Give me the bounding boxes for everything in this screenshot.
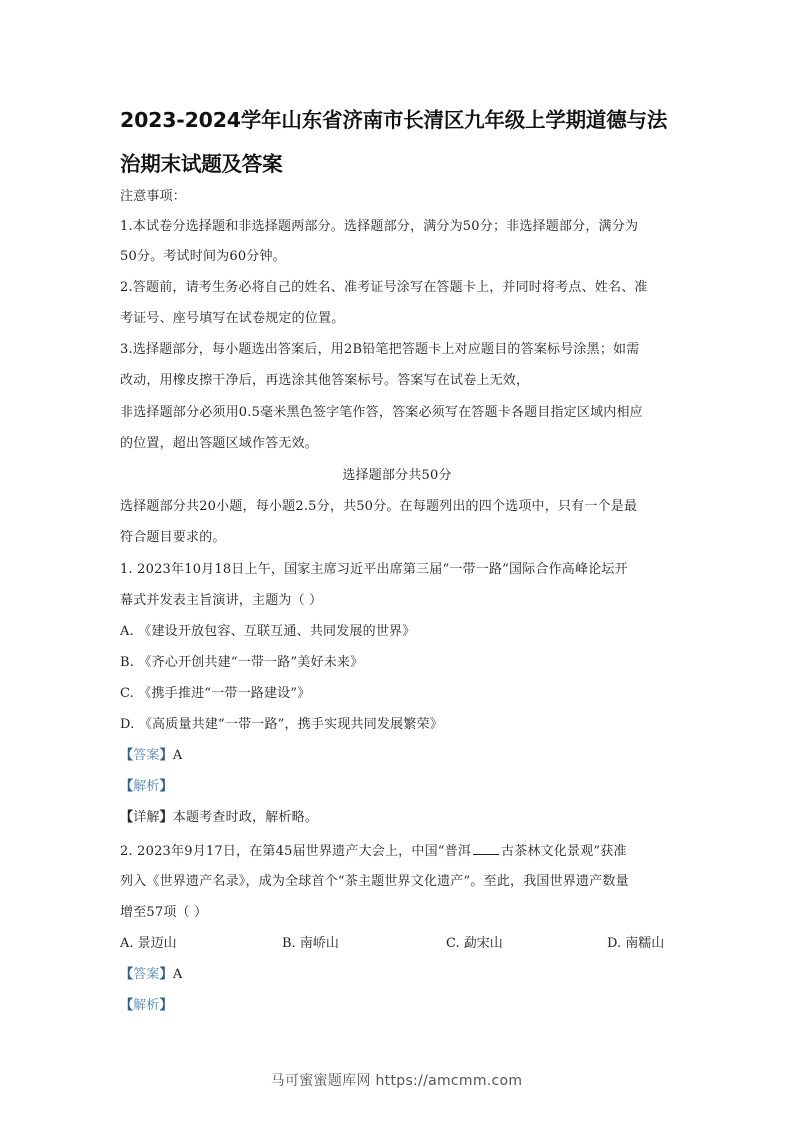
fill-in-blank <box>473 842 499 855</box>
section-intro-line: 选择题部分共20小题，每小题2.5分，共50分。在每题列出的四个选项中，只有一个… <box>120 498 674 516</box>
question-1-option-d: D. 《高质量共建“一带一路”，携手实现共同发展繁荣》 <box>120 716 674 734</box>
question-2-options: A. 景迈山 B. 南峤山 C. 勐宋山 D. 南糯山 <box>120 935 674 953</box>
detail-label: 详解 <box>133 810 159 825</box>
notice-heading: 注意事项： <box>120 188 674 206</box>
answer-value: A <box>173 967 183 982</box>
bracket-open: 【 <box>120 810 133 825</box>
bracket-open: 【 <box>120 967 133 982</box>
notice-line: 3.选择题部分，每小题选出答案后，用2B铅笔把答题卡上对应题目的答案标号涂黑；如… <box>120 341 674 359</box>
bracket-open: 【 <box>120 998 133 1013</box>
notice-line: 改动，用橡皮擦干净后，再选涂其他答案标号。答案写在试卷上无效， <box>120 372 674 390</box>
bracket-close: 】 <box>160 810 173 825</box>
question-2-stem-line: 增至57项（ ） <box>120 904 674 922</box>
question-1-answer: 【答案】A <box>120 747 674 765</box>
question-1-option-c: C. 《携手推进“一带一路建设”》 <box>120 685 674 703</box>
question-2-stem-line: 2. 2023年9月17日，在第45届世界遗产大会上，中国“普洱古茶林文化景观”… <box>120 842 674 861</box>
answer-label: 答案 <box>133 748 159 763</box>
question-1-option-b: B. 《齐心开创共建“一带一路”美好未来》 <box>120 654 674 672</box>
question-2-option-a: A. 景迈山 <box>120 935 177 953</box>
notice-line: 2.答题前，请考生务必将自己的姓名、准考证号涂写在答题卡上，并同时将考点、姓名、… <box>120 279 674 297</box>
bracket-close: 】 <box>160 748 173 763</box>
footer-watermark: 马可蜜蜜题库网 https://amcmm.com <box>0 1070 793 1090</box>
section-heading: 选择题部分共50分 <box>120 467 674 485</box>
notice-line: 50分。考试时间为60分钟。 <box>120 248 674 266</box>
question-1-stem-line: 1. 2023年10月18日上午，国家主席习近平出席第三届“一带一路”国际合作高… <box>120 561 674 579</box>
question-2-option-b: B. 南峤山 <box>282 935 339 953</box>
question-1-option-a: A. 《建设开放包容、互联互通、共同发展的世界》 <box>120 623 674 641</box>
notice-line: 考证号、座号填写在试卷规定的位置。 <box>120 310 674 328</box>
bracket-open: 【 <box>120 779 133 794</box>
bracket-close: 】 <box>160 967 173 982</box>
analysis-label: 解析 <box>133 779 159 794</box>
question-2-answer: 【答案】A <box>120 966 674 984</box>
question-1-analysis: 【解析】 <box>120 778 674 796</box>
question-2-option-d: D. 南糯山 <box>607 935 664 953</box>
question-1-stem-line: 幕式并发表主旨演讲，主题为（ ） <box>120 592 674 610</box>
answer-label: 答案 <box>133 967 159 982</box>
question-2-stem-part-1: 2. 2023年9月17日，在第45届世界遗产大会上，中国“普洱 <box>120 844 471 859</box>
question-2-stem-line: 列入《世界遗产名录》，成为全球首个“茶主题世界文化遗产”。至此，我国世界遗产数量 <box>120 873 674 891</box>
notice-line: 的位置，超出答题区域作答无效。 <box>120 435 674 453</box>
analysis-label: 解析 <box>133 998 159 1013</box>
section-intro-line: 符合题目要求的。 <box>120 529 674 547</box>
document-title-line-1: 2023-2024学年山东省济南市长清区九年级上学期道德与法 <box>120 103 680 133</box>
question-2-option-c: C. 勐宋山 <box>446 935 503 953</box>
question-1-detail: 【详解】本题考查时政，解析略。 <box>120 809 674 827</box>
question-2-analysis: 【解析】 <box>120 997 674 1015</box>
detail-text: 本题考查时政，解析略。 <box>173 810 318 825</box>
document-title-line-2: 治期末试题及答案 <box>120 147 680 177</box>
bracket-close: 】 <box>160 998 173 1013</box>
notice-line: 非选择题部分必须用0.5毫米黑色签字笔作答，答案必须写在答题卡各题目指定区域内相… <box>120 404 674 422</box>
notice-line: 1.本试卷分选择题和非选择题两部分。选择题部分，满分为50分；非选择题部分，满分… <box>120 218 674 236</box>
bracket-open: 【 <box>120 748 133 763</box>
bracket-close: 】 <box>160 779 173 794</box>
question-2-stem-part-2: 古茶林文化景观”获准 <box>501 844 627 859</box>
answer-value: A <box>173 748 183 763</box>
